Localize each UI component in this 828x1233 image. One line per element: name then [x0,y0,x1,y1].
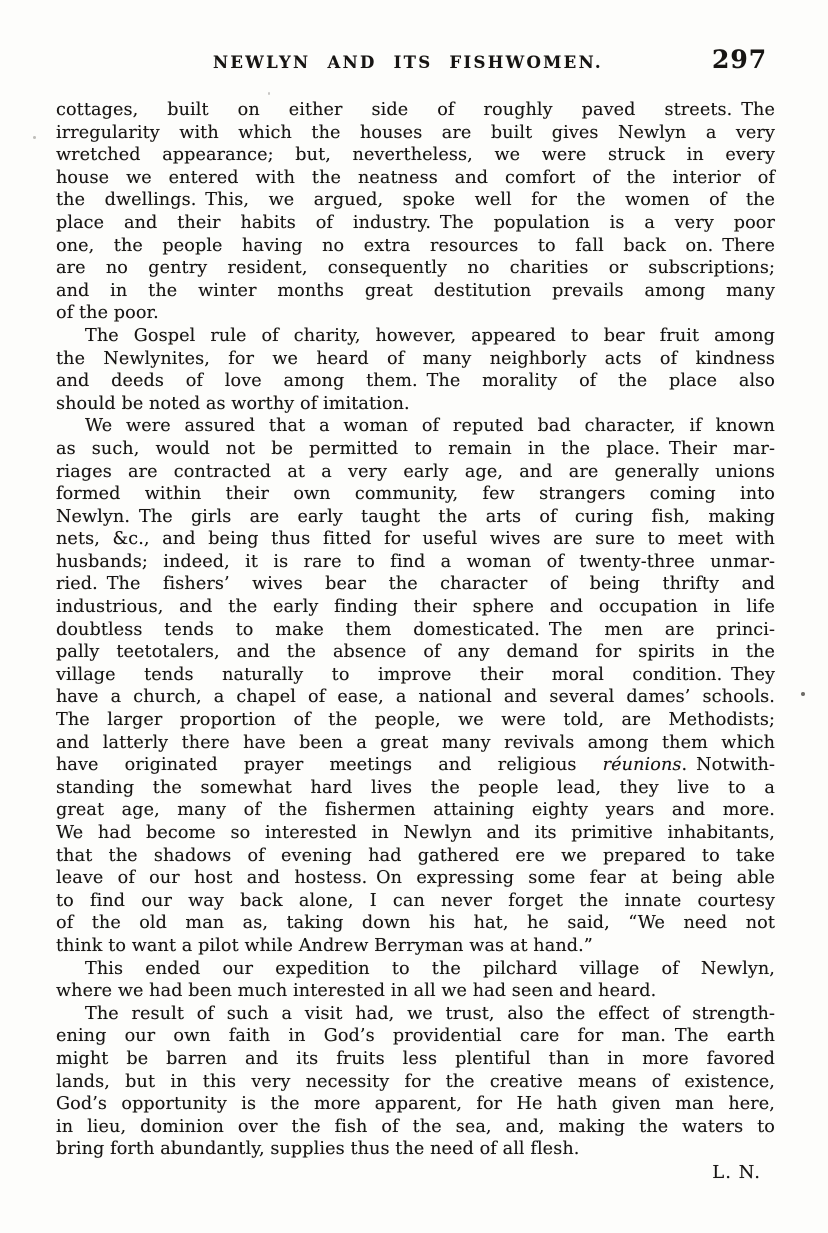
text-line: that the shadows of evening had gathered… [56,845,775,868]
text-line: the dwellings. This, we argued, spoke we… [56,189,775,212]
text-line: pally teetotalers, and the absence of an… [56,641,775,664]
text-line: bring forth abundantly, supplies thus th… [56,1138,775,1161]
text-line: in lieu, dominion over the fish of the s… [56,1116,775,1139]
scan-speck [268,92,270,95]
text-line: leave of our host and hostess. On expres… [56,867,775,890]
text-line: and in the winter months great destituti… [56,280,775,303]
text-line: village tends naturally to improve their… [56,664,775,687]
text-line: The larger proportion of the people, we … [56,709,775,732]
text-line: irregularity with which the houses are b… [56,122,775,145]
text-line: of the poor. [56,302,775,325]
book-page: NEWLYN AND ITS FISHWOMEN. 297 cottages, … [0,0,828,1233]
text-line: We had become so interested in Newlyn an… [56,822,775,845]
text-line: where we had been much interested in all… [56,980,775,1003]
text-line: have originated prayer meetings and reli… [56,754,775,777]
text-line: the Newlynites, for we heard of many nei… [56,348,775,371]
text-line: ening our own faith in God’s providentia… [56,1025,775,1048]
running-head-title: NEWLYN AND ITS FISHWOMEN. [55,53,761,72]
text-line: have a church, a chapel of ease, a natio… [56,686,775,709]
text-line: riages are contracted at a very early ag… [56,461,775,484]
text-line: are no gentry resident, consequently no … [56,257,775,280]
text-line: and deeds of love among them. The morali… [56,370,775,393]
text-line: ried. The fishers’ wives bear the charac… [56,573,775,596]
paragraph: The result of such a visit had, we trust… [56,1003,775,1161]
text-line: as such, would not be permitted to remai… [56,438,775,461]
text-block: cottages, built on either side of roughl… [56,99,775,1185]
text-line: nets, &c., and being thus fitted for use… [56,528,775,551]
text-line: house we entered with the neatness and c… [56,167,775,190]
text-line: formed within their own community, few s… [56,483,775,506]
text-line: industrious, and the early finding their… [56,596,775,619]
text-line: We were assured that a woman of reputed … [85,415,775,438]
text-line: think to want a pilot while Andrew Berry… [56,935,775,958]
text-line: God’s opportunity is the more apparent, … [56,1093,775,1116]
text-line: place and their habits of industry. The … [56,212,775,235]
text-line: to find our way back alone, I can never … [56,890,775,913]
paragraph: cottages, built on either side of roughl… [56,99,775,325]
text-line: lands, but in this very necessity for th… [56,1071,775,1094]
paragraph: This ended our expedition to the pilchar… [56,958,775,1003]
text-line: might be barren and its fruits less plen… [56,1048,775,1071]
paragraphs-container: cottages, built on either side of roughl… [56,99,775,1161]
text-line: wretched appearance; but, nevertheless, … [56,144,775,167]
scan-speck [33,136,36,139]
text-line: husbands; indeed, it is rare to find a w… [56,551,775,574]
text-line: and latterly there have been a great man… [56,732,775,755]
text-line: should be noted as worthy of imitation. [56,393,775,416]
text-line: great age, many of the fishermen attaini… [56,799,775,822]
text-line: The result of such a visit had, we trust… [85,1003,775,1026]
text-line: of the old man as, taking down his hat, … [56,912,775,935]
text-line: one, the people having no extra resource… [56,235,775,258]
text-line: standing the somewhat hard lives the peo… [56,777,775,800]
text-line: The Gospel rule of charity, however, app… [85,325,775,348]
scan-speck [801,692,805,696]
text-line: This ended our expedition to the pilchar… [85,958,775,981]
text-line: doubtless tends to make them domesticate… [56,619,775,642]
author-signature: L. N. [56,1162,775,1185]
text-line: Newlyn. The girls are early taught the a… [56,506,775,529]
paragraph: We were assured that a woman of reputed … [56,415,775,957]
page-number: 297 [712,45,767,74]
text-line: cottages, built on either side of roughl… [56,99,775,122]
paragraph: The Gospel rule of charity, however, app… [56,325,775,415]
